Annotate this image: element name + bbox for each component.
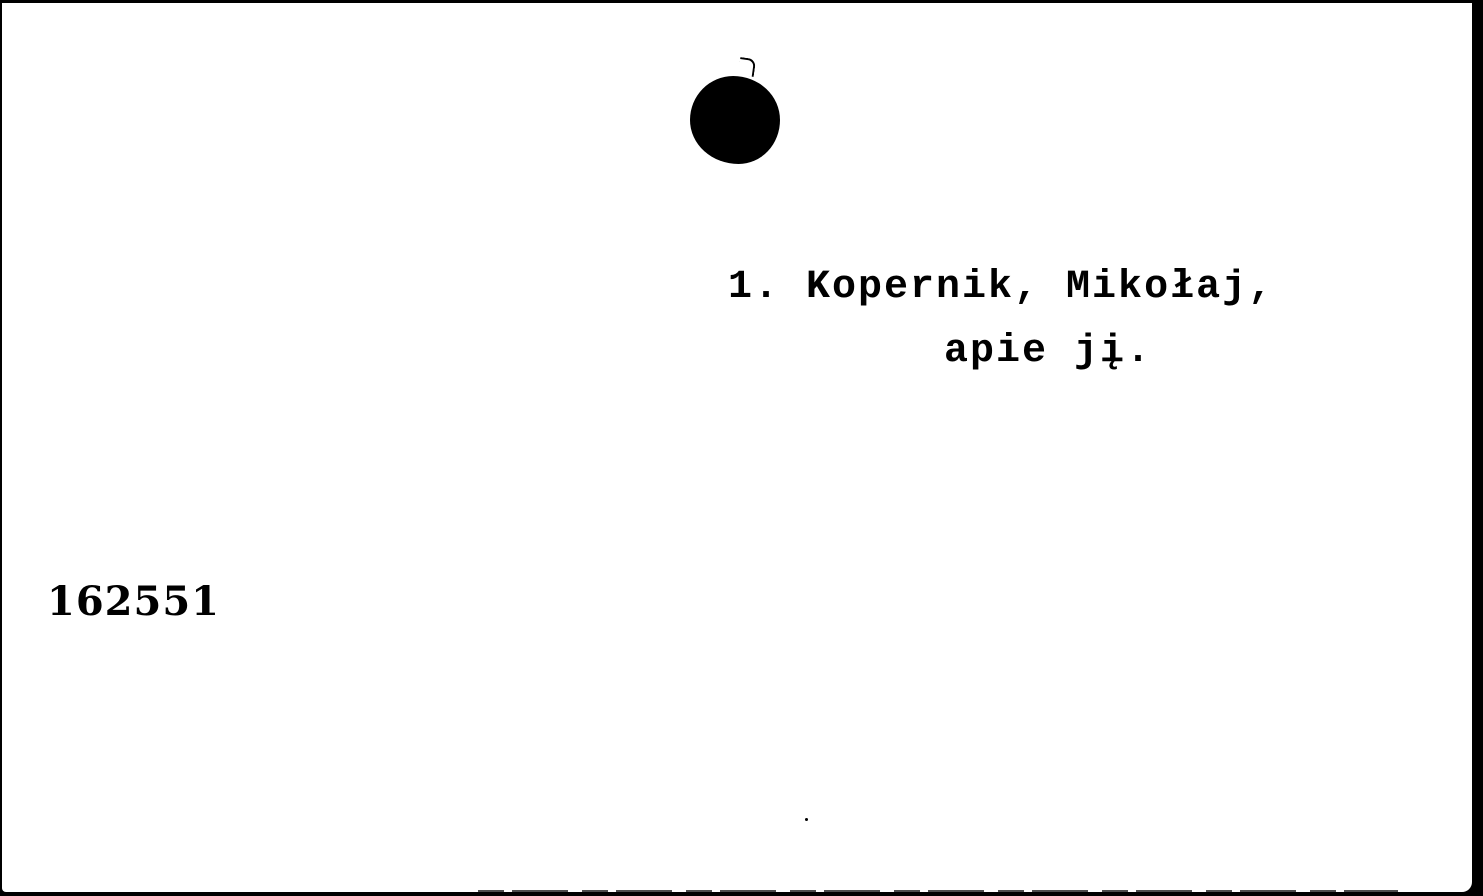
scan-speck	[805, 818, 808, 821]
accession-number: 162551	[47, 578, 220, 626]
punch-hole-tear	[738, 57, 756, 77]
scan-border	[1475, 0, 1483, 896]
subject-heading-line-1: 1. Kopernik, Mikołaj,	[728, 262, 1274, 314]
subject-heading-line-2: apie jį.	[944, 326, 1152, 378]
card-bottom-edge	[478, 890, 1398, 892]
punch-hole-icon	[690, 76, 780, 164]
